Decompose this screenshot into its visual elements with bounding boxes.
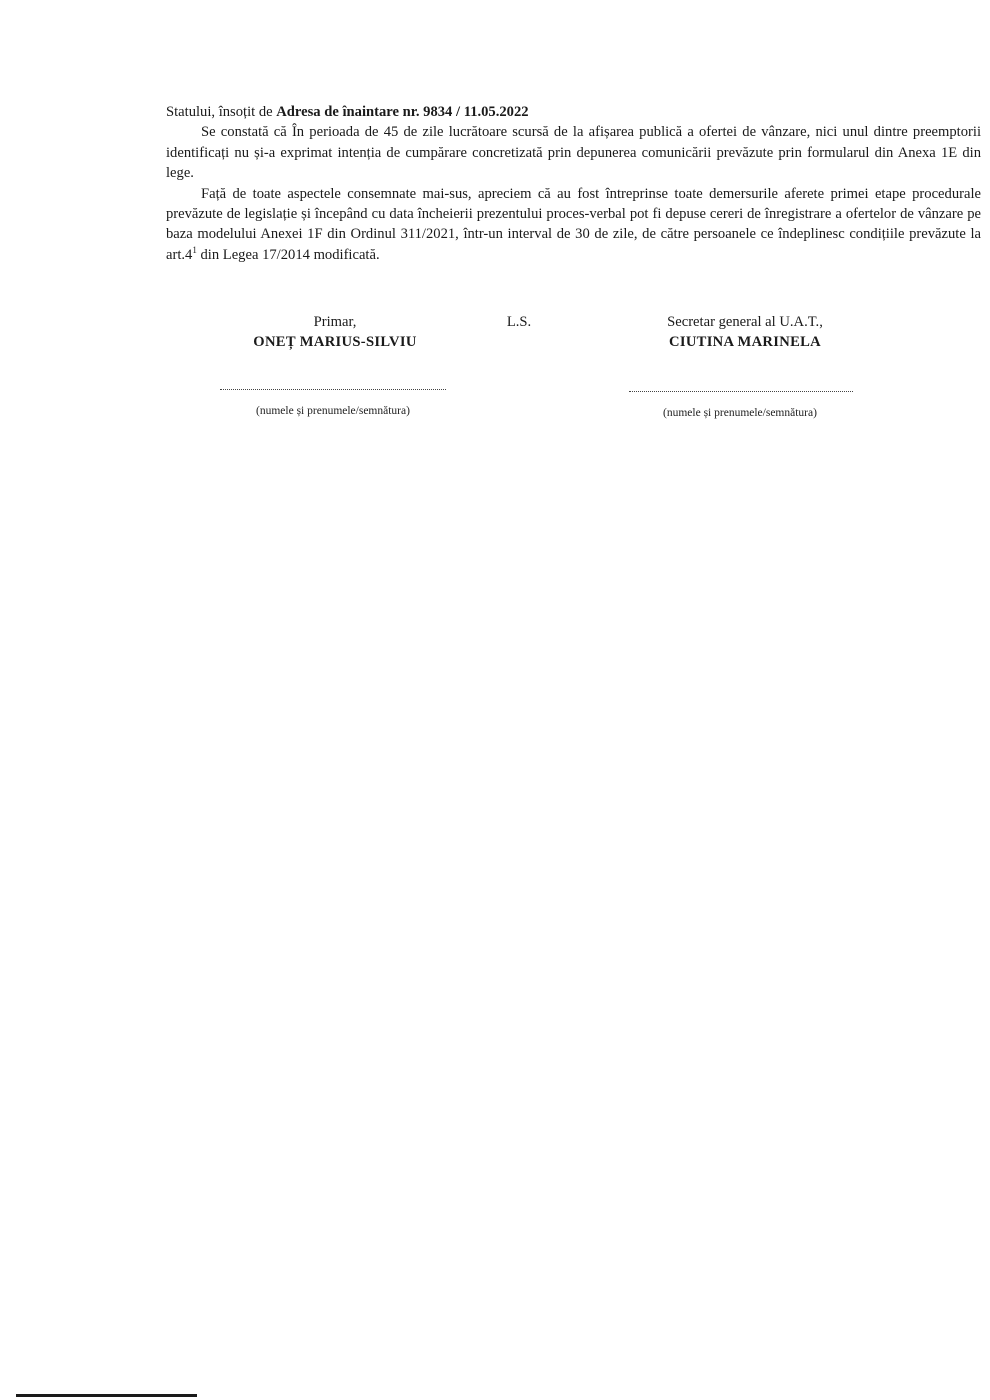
paragraph-conclusion: Față de toate aspectele consemnate mai-s… <box>166 184 981 266</box>
signature-block-mayor: Primar, ONEȚ MARIUS-SILVIU <box>200 312 470 352</box>
secretary-signature-line <box>629 390 853 392</box>
cover-letter-reference: Adresa de înaintare nr. 9834 / 11.05.202… <box>276 104 528 120</box>
mayor-role: Primar, <box>200 312 470 332</box>
secretary-name: CIUTINA MARINELA <box>610 332 880 352</box>
cover-letter-prefix: Statului, însoțit de <box>166 104 276 120</box>
secretary-signature-caption: (numele și prenumele/semnătura) <box>610 406 870 420</box>
paragraph-cover-letter: Statului, însoțit de Adresa de înaintare… <box>166 102 981 122</box>
mayor-signature-line <box>220 388 446 390</box>
signature-block-secretary: Secretar general al U.A.T., CIUTINA MARI… <box>610 312 880 352</box>
seal-label: L.S. <box>494 312 544 332</box>
secretary-role: Secretar general al U.A.T., <box>610 312 880 332</box>
conclusion-text-end: din Legea 17/2014 modificată. <box>197 247 380 263</box>
paragraph-finding: Se constată că În perioada de 45 de zile… <box>166 122 981 183</box>
document-page: Statului, însoțit de Adresa de înaintare… <box>0 0 990 1400</box>
footer-rule <box>16 1394 197 1397</box>
document-body: Statului, însoțit de Adresa de înaintare… <box>166 102 981 265</box>
mayor-signature-caption: (numele și prenumele/semnătura) <box>200 404 466 418</box>
mayor-name: ONEȚ MARIUS-SILVIU <box>200 332 470 352</box>
seal-placeholder: L.S. <box>494 312 544 332</box>
